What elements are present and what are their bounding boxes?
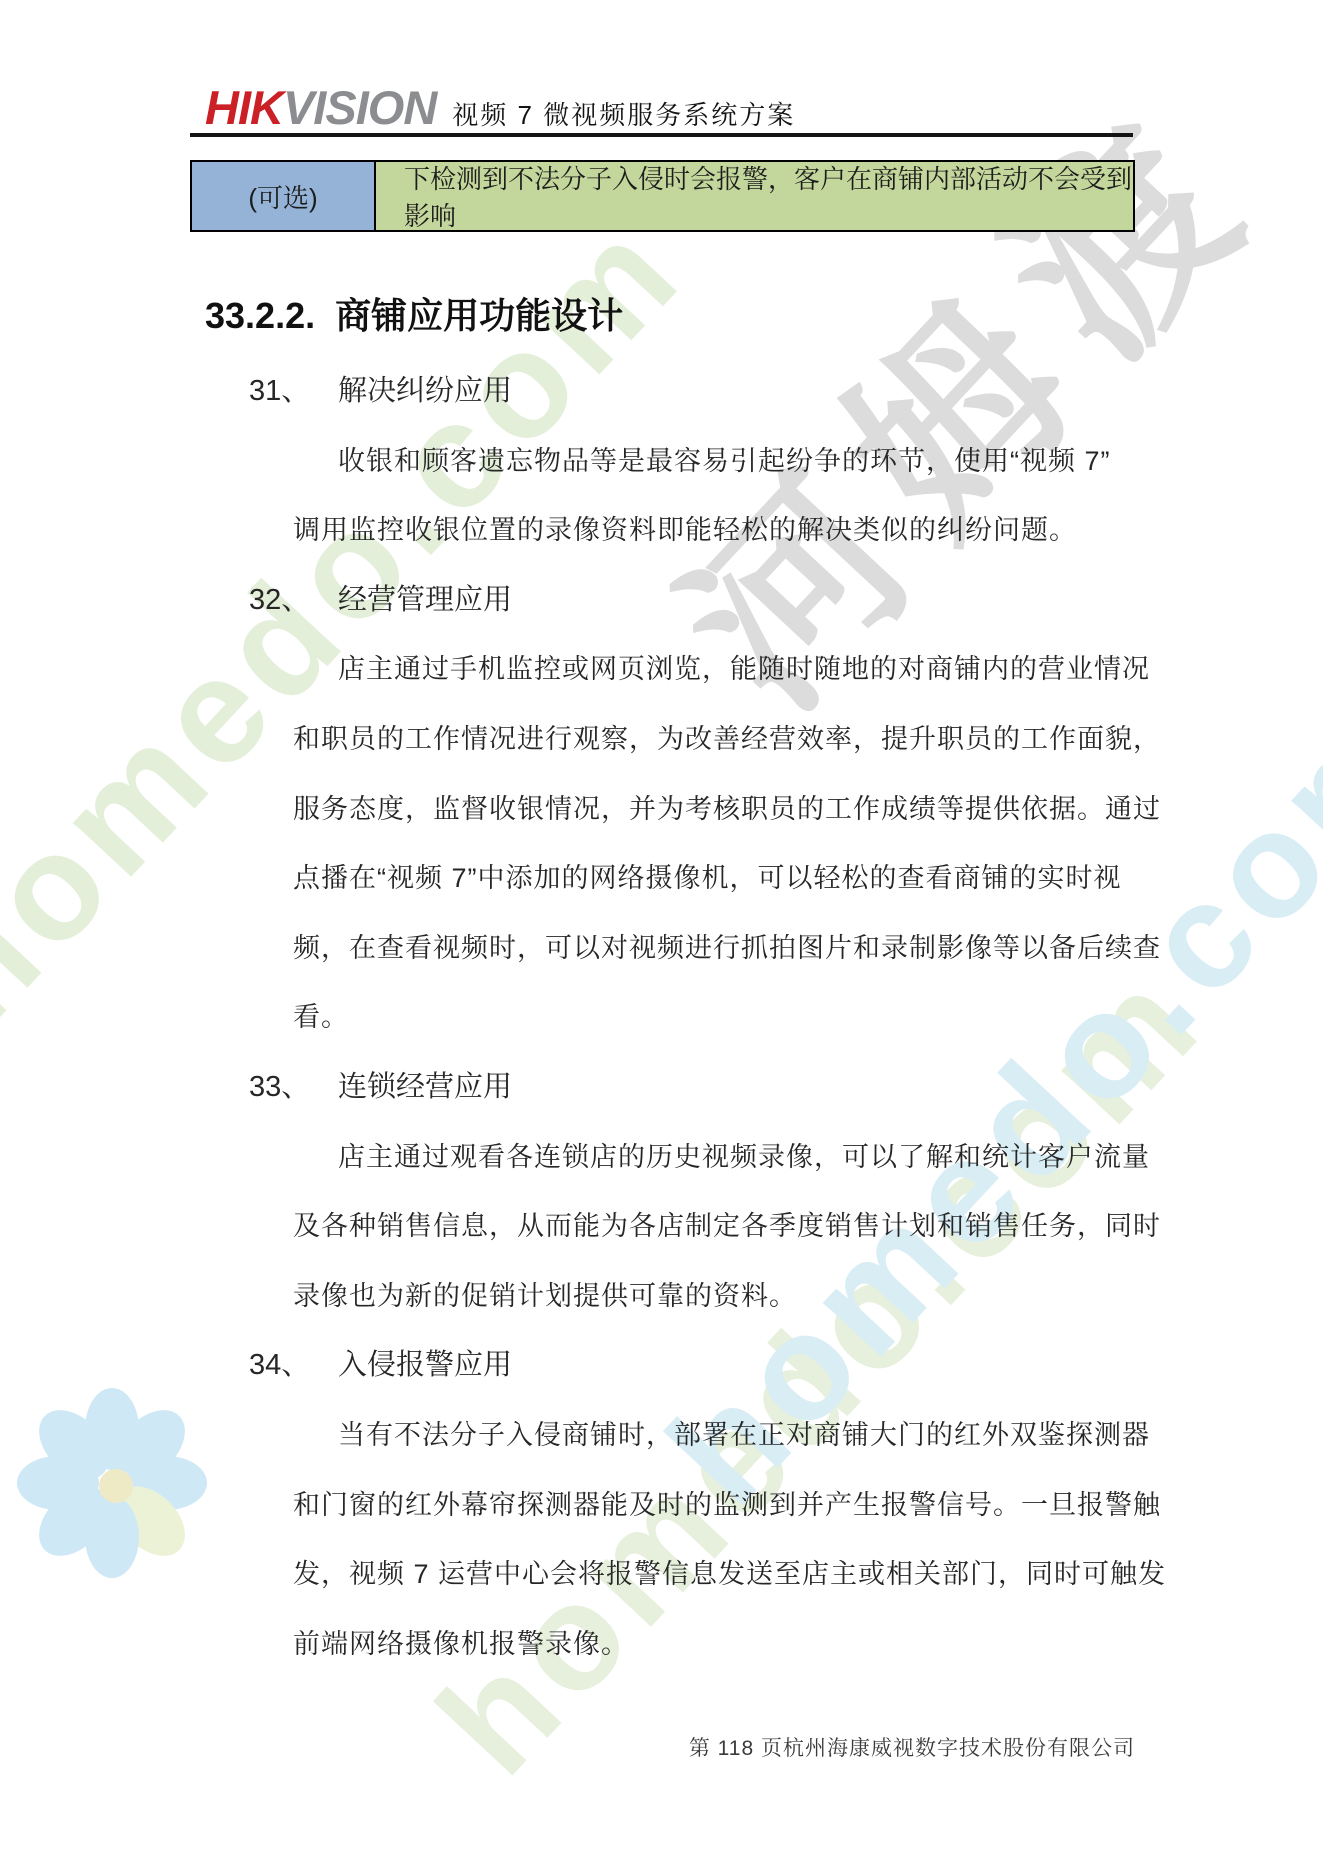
note-table-label-cell: (可选) xyxy=(192,162,376,230)
document-title: 视频 7 微视频服务系统方案 xyxy=(452,102,795,131)
section-number: 33.2.2. xyxy=(205,293,315,339)
hikvision-logo: HIKVISION xyxy=(205,84,436,131)
logo-hik-text: HIK xyxy=(205,81,283,134)
list-item-32-heading: 32、 经营管理应用 xyxy=(249,580,512,620)
item-number: 31、 xyxy=(249,371,338,411)
paragraph-line: 频，在查看视频时，可以对视频进行抓拍图片和录制影像等以备后续查 xyxy=(293,928,1161,968)
paragraph-line: 当有不法分子入侵商铺时，部署在正对商铺大门的红外双鉴探测器 xyxy=(338,1415,1150,1455)
paragraph-line: 收银和顾客遗忘物品等是最容易引起纷争的环节，使用“视频 7” xyxy=(338,441,1111,481)
paragraph-line: 点播在“视频 7”中添加的网络摄像机，可以轻松的查看商铺的实时视 xyxy=(293,858,1122,898)
paragraph-line: 看。 xyxy=(293,997,349,1037)
section-heading: 33.2.2. 商铺应用功能设计 xyxy=(205,293,623,339)
list-item-31-heading: 31、 解决纠纷应用 xyxy=(249,371,512,411)
paragraph-line: 店主通过手机监控或网页浏览，能随时随地的对商铺内的营业情况 xyxy=(338,649,1150,689)
page-footer: 第 118 页杭州海康威视数字技术股份有限公司 xyxy=(190,1732,1135,1762)
paragraph-line: 前端网络摄像机报警录像。 xyxy=(293,1624,629,1664)
paragraph-line: 和职员的工作情况进行观察，为改善经营效率，提升职员的工作面貌， xyxy=(293,719,1161,759)
item-title: 入侵报警应用 xyxy=(338,1345,512,1385)
item-number: 32、 xyxy=(249,580,338,620)
paragraph-line: 及各种销售信息，从而能为各店制定各季度销售计划和销售任务，同时 xyxy=(293,1206,1161,1246)
item-title: 经营管理应用 xyxy=(338,580,512,620)
paragraph-line: 店主通过观看各连锁店的历史视频录像，可以了解和统计客户流量 xyxy=(338,1137,1150,1177)
paragraph-line: 录像也为新的促销计划提供可靠的资料。 xyxy=(293,1276,797,1316)
note-table-content-cell: 下检测到不法分子入侵时会报警，客户在商铺内部活动不会受到影响 xyxy=(376,162,1133,230)
item-title: 解决纠纷应用 xyxy=(338,371,512,411)
page-content: HIKVISION 视频 7 微视频服务系统方案 (可选) 下检测到不法分子入侵… xyxy=(0,0,1323,1871)
paragraph-line: 和门窗的红外幕帘探测器能及时的监测到并产生报警信号。一旦报警触 xyxy=(293,1485,1161,1525)
note-table: (可选) 下检测到不法分子入侵时会报警，客户在商铺内部活动不会受到影响 xyxy=(190,160,1135,232)
item-number: 33、 xyxy=(249,1067,338,1107)
section-title: 商铺应用功能设计 xyxy=(335,293,623,339)
item-title: 连锁经营应用 xyxy=(338,1067,512,1107)
paragraph-line: 发，视频 7 运营中心会将报警信息发送至店主或相关部门，同时可触发 xyxy=(293,1554,1166,1594)
logo-vision-text: VISION xyxy=(283,81,436,134)
list-item-33-heading: 33、 连锁经营应用 xyxy=(249,1067,512,1107)
header: HIKVISION 视频 7 微视频服务系统方案 xyxy=(205,84,795,131)
paragraph-line: 调用监控收银位置的录像资料即能轻松的解决类似的纠纷问题。 xyxy=(293,510,1077,550)
item-number: 34、 xyxy=(249,1345,338,1385)
paragraph-line: 服务态度，监督收银情况，并为考核职员的工作成绩等提供依据。通过 xyxy=(293,789,1161,829)
header-divider xyxy=(190,133,1133,137)
list-item-34-heading: 34、 入侵报警应用 xyxy=(249,1345,512,1385)
document-page: homedo.com homedo.com homedo.com 河姆渡 HIK… xyxy=(0,0,1323,1871)
